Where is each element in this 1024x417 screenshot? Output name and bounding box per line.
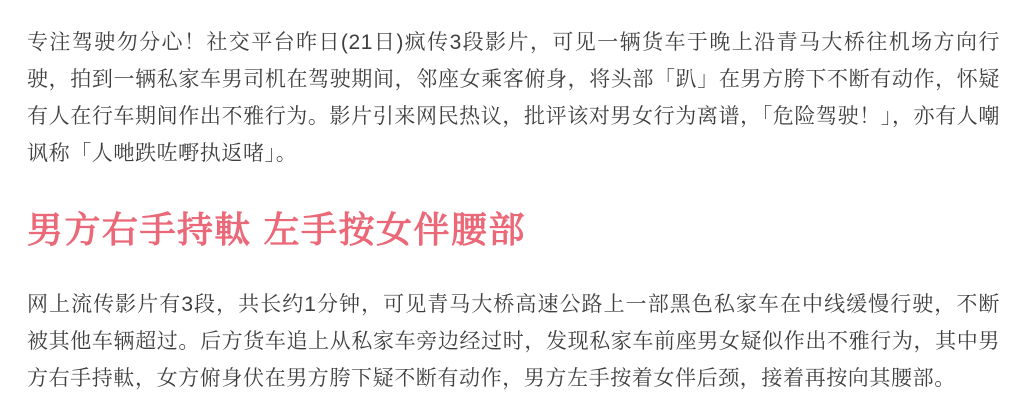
intro-paragraph: 专注驾驶勿分心！社交平台昨日(21日)疯传3段影片，可见一辆货车于晚上沿青马大桥… bbox=[27, 24, 1000, 172]
detail-paragraph: 网上流传影片有3段，共长约1分钟，可见青马大桥高速公路上一部黑色私家车在中线缓慢… bbox=[27, 286, 1000, 397]
section-heading: 男方右手持軚 左手按女伴腰部 bbox=[27, 207, 1000, 253]
article-page: 专注驾驶勿分心！社交平台昨日(21日)疯传3段影片，可见一辆货车于晚上沿青马大桥… bbox=[0, 0, 1024, 417]
